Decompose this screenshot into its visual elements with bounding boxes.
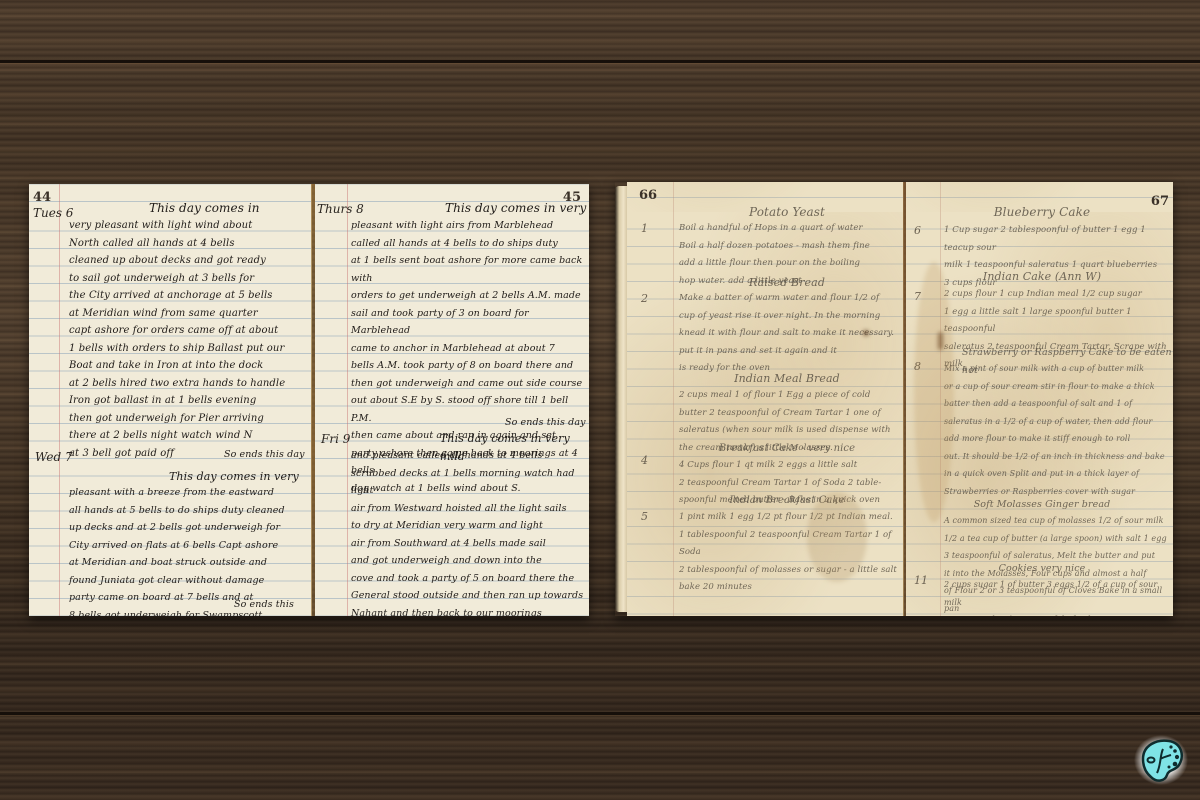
page-number: 66	[639, 188, 657, 203]
recipe-title: Indian Breakfast Cake	[677, 492, 897, 510]
entry-text: very pleasant with light wind about Nort…	[69, 217, 312, 462]
recipe-number: 11	[914, 574, 928, 587]
water-stain	[807, 492, 867, 582]
recipe-title: Indian Meal Bread	[677, 370, 897, 388]
logbook-page-44: 44 Tues 6 This day comes in very pleasan…	[29, 184, 312, 616]
recipe-text: Mix a pint of sour milk with a cup of bu…	[944, 360, 1173, 500]
entry-day-label: Thurs 8	[317, 202, 364, 216]
recipe-title: Indian Cake (Ann W)	[942, 268, 1142, 286]
recipe-text: Make a batter of warm water and flour 1/…	[679, 290, 904, 378]
recipe-title: Potato Yeast	[677, 204, 897, 222]
entry-closing: So ends this day	[234, 596, 311, 616]
recipe-title: Breakfast Cake - very nice	[677, 440, 897, 458]
wood-plank-seam	[0, 60, 1200, 63]
recipe-title: Soft Molasses Ginger bread	[942, 496, 1142, 514]
entry-day-label: Wed 7	[35, 450, 73, 464]
ink-spot	[863, 330, 869, 336]
page-number: 67	[1151, 194, 1169, 209]
recipe-number: 1	[641, 222, 648, 235]
page-margin-line	[347, 184, 348, 616]
entry-day-label: Fri 9	[321, 432, 350, 446]
palette-icon	[1133, 733, 1189, 789]
page-number: 44	[33, 190, 51, 205]
logbook-spread: 44 Tues 6 This day comes in very pleasan…	[29, 184, 589, 616]
recipe-page-67: 67 6 Blueberry Cake 1 Cup sugar 2 tables…	[906, 182, 1173, 616]
page-margin-line	[59, 184, 60, 616]
wood-plank-seam	[0, 712, 1200, 715]
recipe-number: 6	[914, 224, 921, 237]
recipe-number: 5	[641, 510, 648, 523]
recipe-title: Raised Bread	[677, 274, 897, 292]
recipe-number: 4	[641, 454, 648, 467]
recipe-title: Blueberry Cake	[942, 204, 1142, 222]
recipe-page-66: 66 1 Potato Yeast Boil a handful of Hops…	[627, 182, 904, 616]
recipe-text: 1 pint milk 1 egg 1/2 pt flour 1/2 pt In…	[679, 509, 904, 597]
entry-heading: This day comes in very	[445, 200, 586, 218]
entry-heading: This day comes in	[149, 200, 260, 218]
recipe-book-spread: 66 1 Potato Yeast Boil a handful of Hops…	[615, 182, 1173, 616]
recipe-text: 2 cups sugar 1 of butter 3 eggs 1/2 of a…	[944, 576, 1173, 616]
entry-closing: So ends this day	[505, 414, 586, 432]
logbook-page-45: 45 Thurs 8 This day comes in very pleasa…	[315, 184, 589, 616]
recipe-number: 2	[641, 292, 648, 305]
entry-text: and pleasant called all hands at 4 bells…	[351, 447, 589, 616]
page-margin-line	[673, 182, 674, 616]
recipe-title: Cookies very nice	[942, 560, 1142, 578]
entry-heading: This day comes in very	[169, 468, 299, 486]
water-stain	[914, 262, 954, 522]
entry-closing: So ends this day	[224, 446, 305, 464]
entry-day-label: Tues 6	[33, 206, 73, 220]
